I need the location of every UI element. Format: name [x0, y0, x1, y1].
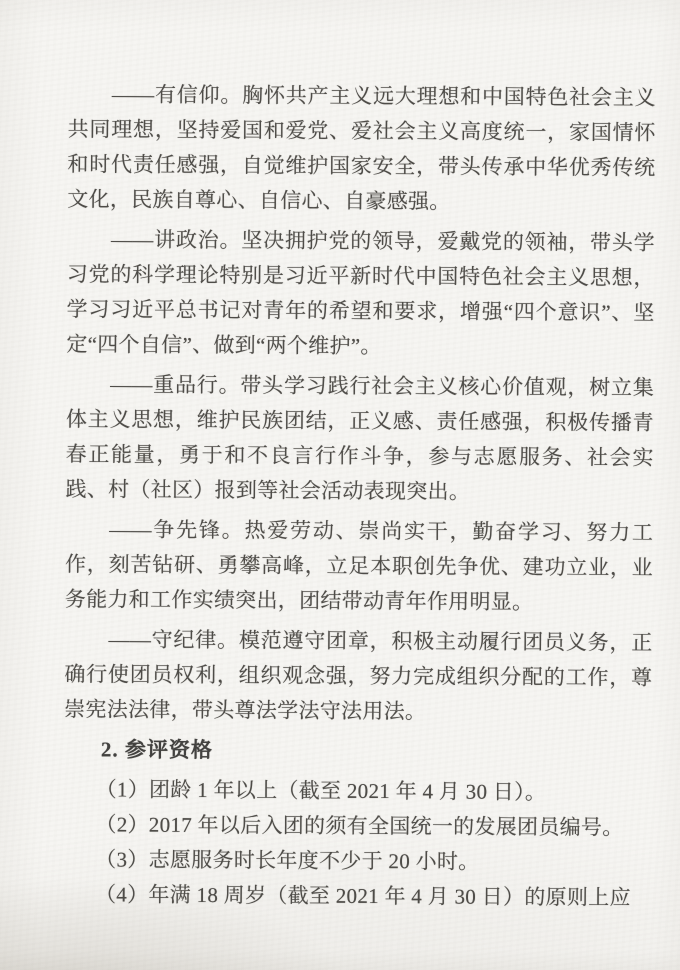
list-item-1: （1）团龄 1 年以上（截至 2021 年 4 月 30 日）。	[64, 772, 652, 811]
paragraph-value-conduct: ——重品行。带头学习践行社会主义核心价值观，树立集体主义思想，维护民族团结，正义…	[65, 367, 654, 511]
document-body: ——有信仰。胸怀共产主义远大理想和中国特色社会主义共同理想，坚持爱国和爱党、爱社…	[63, 77, 656, 916]
list-item-3: （3）志愿服务时长年度不少于 20 小时。	[63, 842, 651, 881]
paragraph-strive-pioneer: ——争先锋。热爱劳动、崇尚实干，勤奋学习、努力工作，刻苦钻研、勇攀高峰，立足本职…	[65, 512, 654, 621]
paragraph-talk-politics: ——讲政治。坚决拥护党的领导，爱戴党的领袖，带头学习党的科学理论特别是习近平新时…	[66, 222, 655, 366]
list-item-4: （4）年满 18 周岁（截至 2021 年 4 月 30 日）的原则上应	[63, 877, 651, 916]
paragraph-have-faith: ——有信仰。胸怀共产主义远大理想和中国特色社会主义共同理想，坚持爱国和爱党、爱社…	[67, 77, 656, 221]
list-item-2: （2）2017 年以后入团的须有全国统一的发展团员编号。	[63, 807, 651, 846]
scanned-document-page: ——有信仰。胸怀共产主义远大理想和中国特色社会主义共同理想，坚持爱国和爱党、爱社…	[0, 0, 680, 970]
paragraph-keep-discipline: ——守纪律。模范遵守团章，积极主动履行团员义务，正确行使团员权利，组织观念强，努…	[64, 622, 653, 731]
section-heading-eligibility: 2. 参评资格	[64, 732, 652, 771]
